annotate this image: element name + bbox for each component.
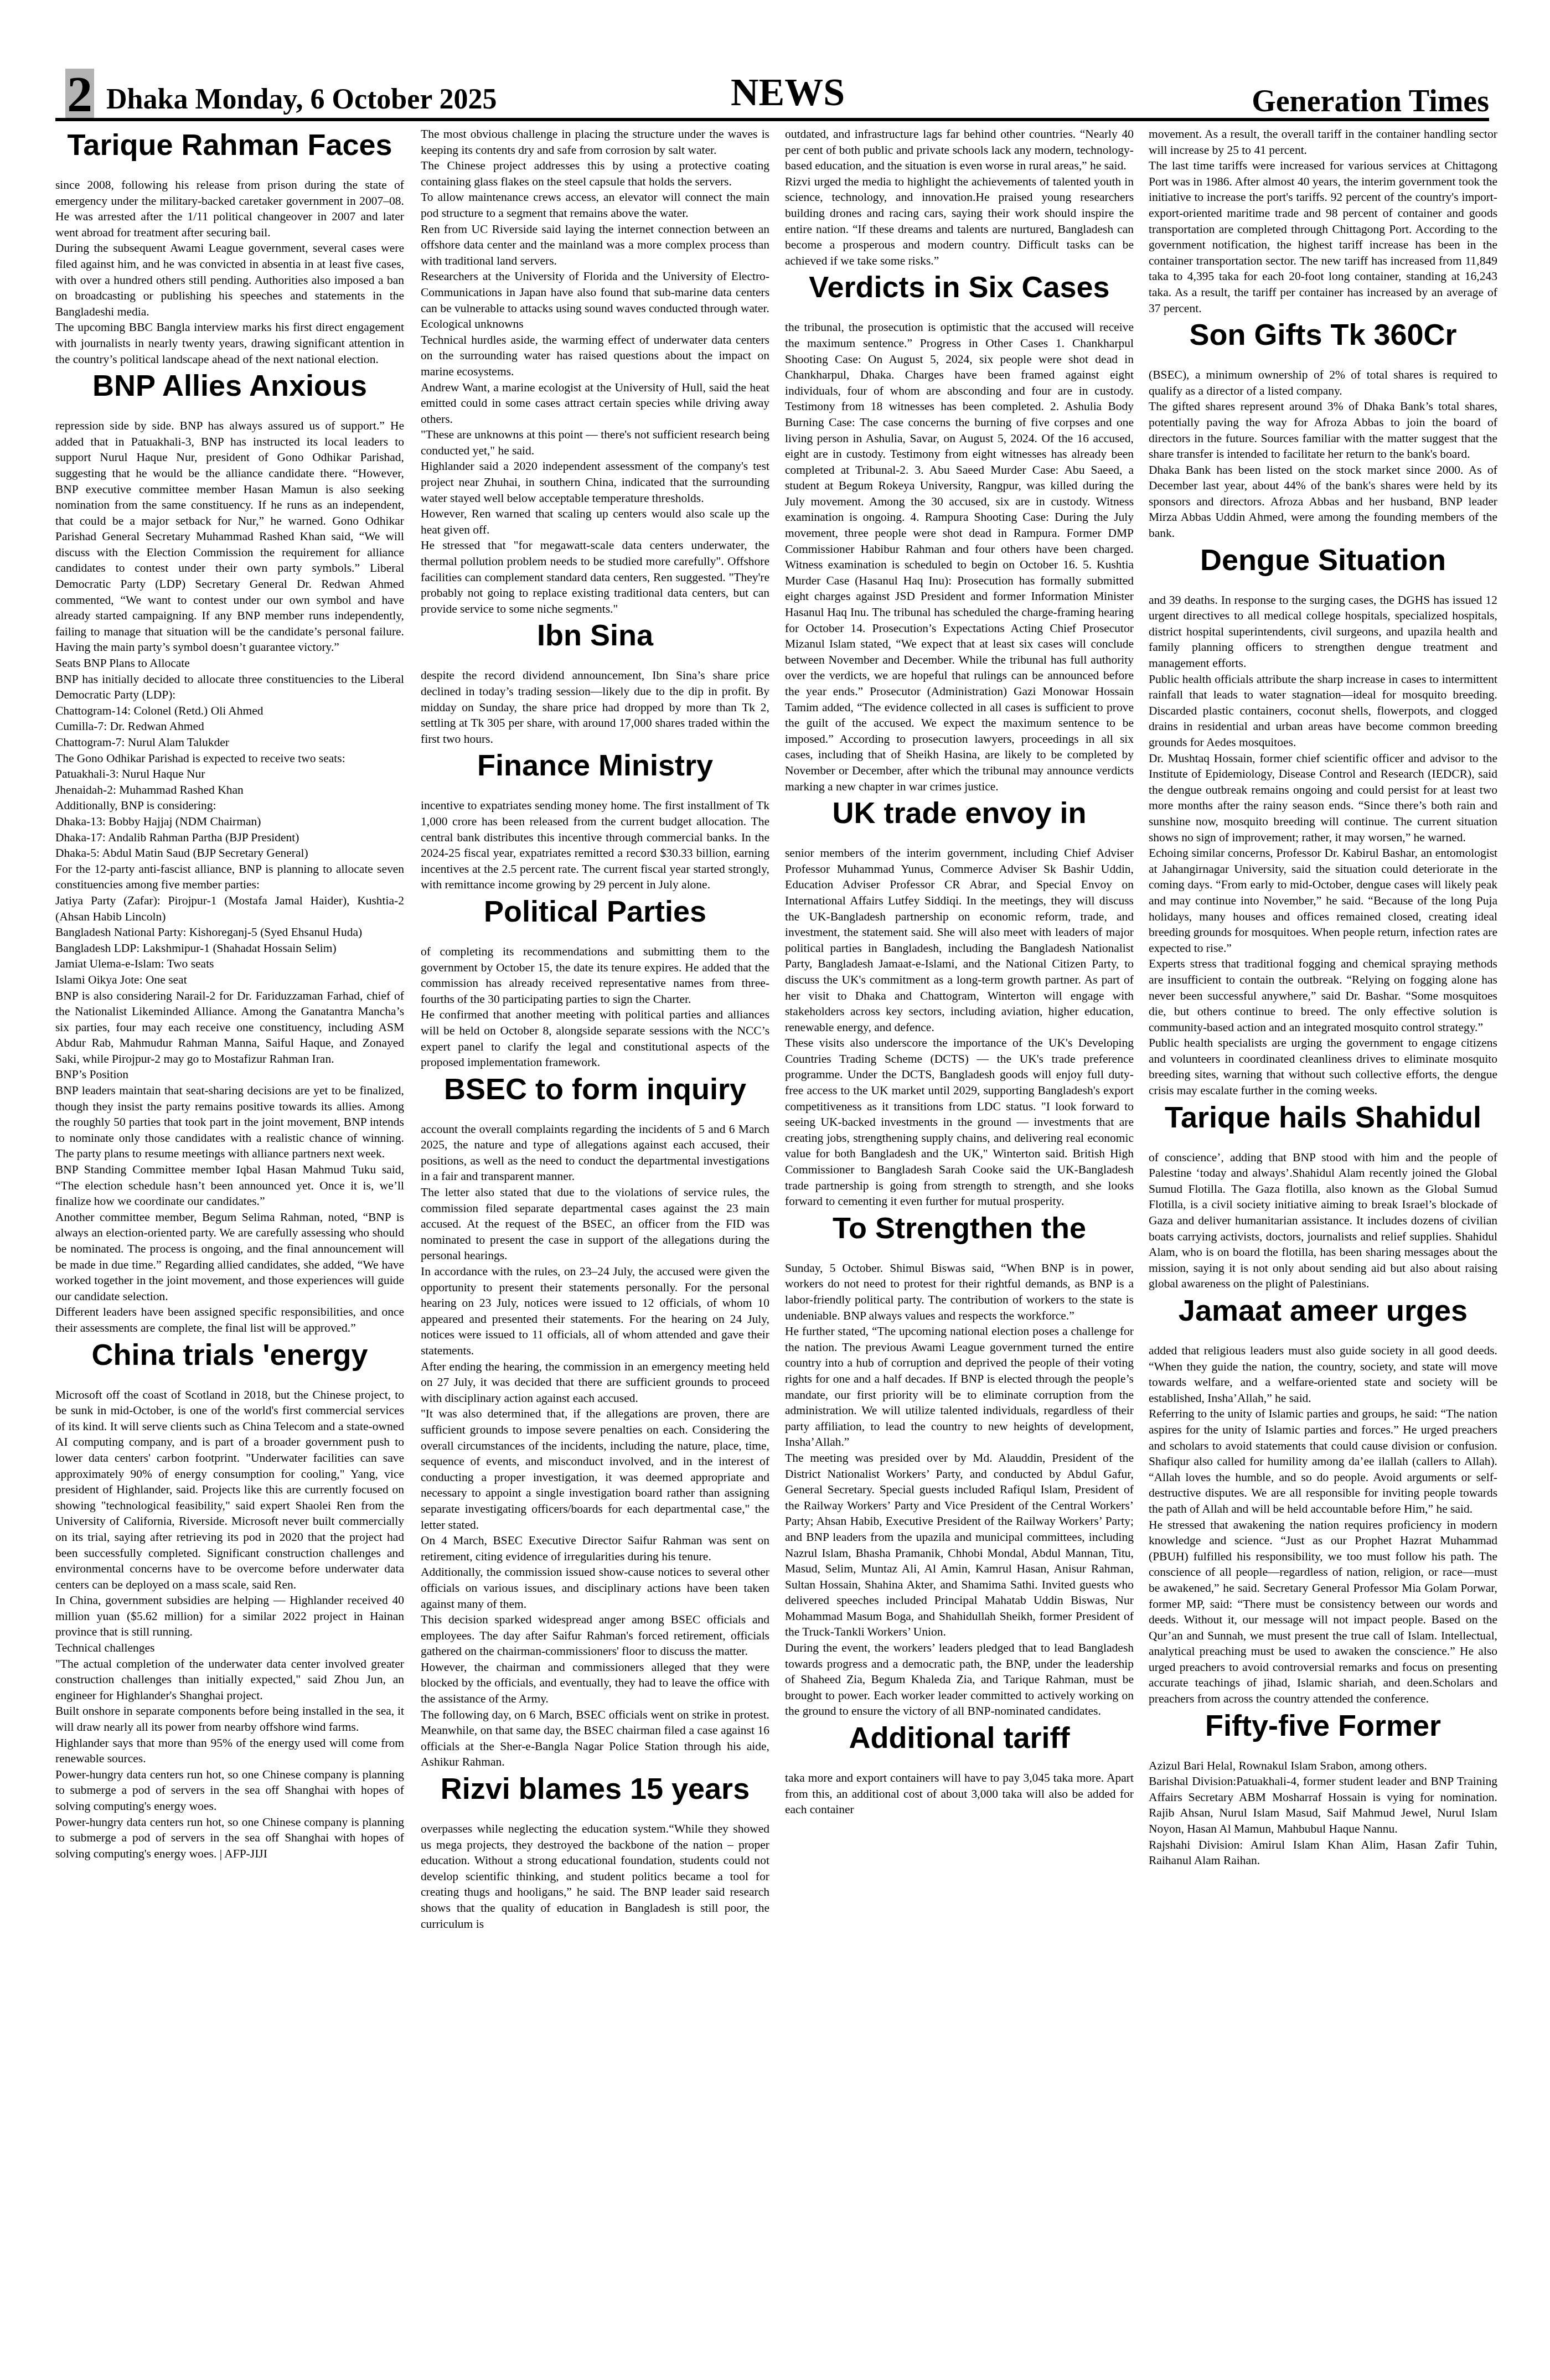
article-paragraph: BNP’s Position: [55, 1067, 404, 1083]
article-body: since 2008, following his release from p…: [55, 177, 404, 367]
article: Tarique hails Shahidulof conscience’, ad…: [1149, 1100, 1497, 1292]
article: Jamaat ameer urgesadded that religious l…: [1149, 1293, 1497, 1707]
article: Tarique Rahman Facessince 2008, followin…: [55, 127, 404, 367]
article-paragraph: outdated, and infrastructure lags far be…: [785, 126, 1134, 174]
article-headline: BNP Allies Anxious: [55, 368, 404, 403]
article-paragraph: Power-hungry data centers run hot, so on…: [55, 1814, 404, 1862]
article-paragraph: BNP is also considering Narail-2 for Dr.…: [55, 988, 404, 1067]
article-paragraph: Ecological unknowns: [421, 316, 769, 332]
article-paragraph: Public health officials attribute the sh…: [1149, 671, 1497, 751]
article-paragraph: incentive to expatriates sending money h…: [421, 798, 769, 893]
article-body: outdated, and infrastructure lags far be…: [785, 126, 1134, 268]
article-paragraph: This decision sparked widespread anger a…: [421, 1612, 769, 1659]
article-paragraph: Barishal Division:Patuakhali-4, former s…: [1149, 1773, 1497, 1836]
article-paragraph: Chattogram-7: Nurul Alam Talukder: [55, 734, 404, 751]
article-headline: Fifty-five Former: [1149, 1708, 1497, 1743]
article-paragraph: since 2008, following his release from p…: [55, 177, 404, 240]
article-paragraph: However, Ren warned that scaling up cent…: [421, 506, 769, 537]
article-paragraph: Jhenaidah-2: Muhammad Rashed Khan: [55, 782, 404, 798]
column-2: The most obvious challenge in placing th…: [421, 126, 769, 2362]
article: Political Partiesof completing its recom…: [421, 894, 769, 1070]
article-paragraph: Jatiya Party (Zafar): Pirojpur-1 (Mostaf…: [55, 893, 404, 924]
article-paragraph: Andrew Want, a marine ecologist at the U…: [421, 380, 769, 427]
article-paragraph: Highlander says that more than 95% of th…: [55, 1735, 404, 1767]
article-paragraph: The last time tariffs were increased for…: [1149, 158, 1497, 316]
dateline: Dhaka Monday, 6 October 2025: [106, 83, 497, 116]
article-paragraph: The meeting was presided over by Md. Ala…: [785, 1450, 1134, 1640]
article-paragraph: Patuakhali-3: Nurul Haque Nur: [55, 766, 404, 782]
article-body: repression side by side. BNP has always …: [55, 418, 404, 1336]
article-paragraph: To allow maintenance crews access, an el…: [421, 189, 769, 221]
article: Rizvi blames 15 yearsoverpasses while ne…: [421, 1771, 769, 1932]
article-paragraph: overpasses while neglecting the educatio…: [421, 1821, 769, 1932]
article-paragraph: During the subsequent Awami League gover…: [55, 240, 404, 319]
article-paragraph: Rizvi urged the media to highlight the a…: [785, 174, 1134, 269]
article-paragraph: In China, government subsidies are helpi…: [55, 1592, 404, 1640]
article-body: taka more and export containers will hav…: [785, 1770, 1134, 1818]
article-paragraph: and 39 deaths. In response to the surgin…: [1149, 592, 1497, 671]
article-paragraph: The following day, on 6 March, BSEC offi…: [421, 1707, 769, 1770]
article: Additional tarifftaka more and export co…: [785, 1720, 1134, 1818]
article-paragraph: of completing its recommendations and su…: [421, 944, 769, 1007]
article: Son Gifts Tk 360Cr(BSEC), a minimum owne…: [1149, 317, 1497, 541]
article-paragraph: He stressed that awakening the nation re…: [1149, 1517, 1497, 1707]
article-paragraph: Another committee member, Begum Selima R…: [55, 1209, 404, 1305]
article-body: account the overall complaints regarding…: [421, 1121, 769, 1770]
article: Fifty-five FormerAzizul Bari Helal, Rown…: [1149, 1708, 1497, 1869]
article-paragraph: Highlander said a 2020 independent asses…: [421, 458, 769, 506]
page-number-badge: 2: [65, 69, 94, 120]
article-paragraph: Additionally, the commission issued show…: [421, 1564, 769, 1612]
article-body: of completing its recommendations and su…: [421, 944, 769, 1070]
article-paragraph: Dhaka-17: Andalib Rahman Partha (BJP Pre…: [55, 830, 404, 846]
article-paragraph: Dhaka-5: Abdul Matin Saud (BJP Secretary…: [55, 845, 404, 861]
article-paragraph: However, the chairman and commissioners …: [421, 1659, 769, 1707]
masthead-divider: [55, 118, 1489, 121]
column-3: outdated, and infrastructure lags far be…: [785, 126, 1134, 2362]
article-paragraph: During the event, the workers’ leaders p…: [785, 1640, 1134, 1719]
article: movement. As a result, the overall tarif…: [1149, 126, 1497, 316]
article-paragraph: Bangladesh LDP: Lakshmipur-1 (Shahadat H…: [55, 940, 404, 956]
article-paragraph: Microsoft off the coast of Scotland in 2…: [55, 1387, 404, 1593]
article: China trials 'energyMicrosoft off the co…: [55, 1337, 404, 1862]
article-paragraph: Referring to the unity of Islamic partie…: [1149, 1406, 1497, 1517]
article-paragraph: Different leaders have been assigned spe…: [55, 1304, 404, 1336]
article-headline: Verdicts in Six Cases: [785, 270, 1134, 305]
article-paragraph: He stressed that "for megawatt-scale dat…: [421, 537, 769, 617]
article-body: the tribunal, the prosecution is optimis…: [785, 319, 1134, 794]
article-paragraph: The gifted shares represent around 3% of…: [1149, 399, 1497, 462]
article: BNP Allies Anxiousrepression side by sid…: [55, 368, 404, 1336]
article-paragraph: Experts stress that traditional fogging …: [1149, 956, 1497, 1035]
article-paragraph: Azizul Bari Helal, Rownakul Islam Srabon…: [1149, 1758, 1497, 1774]
article-headline: Tarique Rahman Faces: [55, 127, 404, 163]
article-paragraph: Technical hurdles aside, the warming eff…: [421, 332, 769, 380]
article-headline: Political Parties: [421, 894, 769, 929]
article-paragraph: Public health specialists are urging the…: [1149, 1035, 1497, 1098]
article: Verdicts in Six Casesthe tribunal, the p…: [785, 270, 1134, 794]
article: Dengue Situationand 39 deaths. In respon…: [1149, 542, 1497, 1099]
article-headline: Tarique hails Shahidul: [1149, 1100, 1497, 1135]
article-paragraph: taka more and export containers will hav…: [785, 1770, 1134, 1818]
article-body: Sunday, 5 October. Shimul Biswas said, “…: [785, 1260, 1134, 1719]
article-headline: BSEC to form inquiry: [421, 1072, 769, 1107]
article-paragraph: After ending the hearing, the commission…: [421, 1359, 769, 1406]
article: Ibn Sinadespite the record dividend anno…: [421, 618, 769, 747]
article-paragraph: Cumilla-7: Dr. Redwan Ahmed: [55, 718, 404, 734]
article: Finance Ministryincentive to expatriates…: [421, 748, 769, 893]
article-paragraph: He confirmed that another meeting with p…: [421, 1007, 769, 1070]
masthead: 2 Dhaka Monday, 6 October 2025 NEWS Gene…: [55, 66, 1489, 120]
article-paragraph: Researchers at the University of Florida…: [421, 268, 769, 316]
article-paragraph: Dr. Mushtaq Hossain, former chief scient…: [1149, 751, 1497, 846]
article-body: movement. As a result, the overall tarif…: [1149, 126, 1497, 316]
article-paragraph: Chattogram-14: Colonel (Retd.) Oli Ahmed: [55, 703, 404, 719]
article-paragraph: The letter also stated that due to the v…: [421, 1184, 769, 1264]
article-paragraph: senior members of the interim government…: [785, 845, 1134, 1035]
article-paragraph: Sunday, 5 October. Shimul Biswas said, “…: [785, 1260, 1134, 1323]
article: To Strengthen theSunday, 5 October. Shim…: [785, 1210, 1134, 1719]
article-headline: China trials 'energy: [55, 1337, 404, 1373]
article-paragraph: BNP has initially decided to allocate th…: [55, 671, 404, 703]
article-paragraph: account the overall complaints regarding…: [421, 1121, 769, 1184]
article-body: added that religious leaders must also g…: [1149, 1343, 1497, 1707]
article-paragraph: The Gono Odhikar Parishad is expected to…: [55, 751, 404, 767]
article-paragraph: Rajshahi Division: Amirul Islam Khan Ali…: [1149, 1837, 1497, 1869]
article-headline: Dengue Situation: [1149, 542, 1497, 578]
article-body: overpasses while neglecting the educatio…: [421, 1821, 769, 1932]
article-paragraph: Technical challenges: [55, 1640, 404, 1656]
article-paragraph: Built onshore in separate components bef…: [55, 1703, 404, 1735]
article-paragraph: Echoing similar concerns, Professor Dr. …: [1149, 845, 1497, 956]
article-body: and 39 deaths. In response to the surgin…: [1149, 592, 1497, 1099]
article-headline: Jamaat ameer urges: [1149, 1293, 1497, 1328]
article-body: Microsoft off the coast of Scotland in 2…: [55, 1387, 404, 1862]
article-paragraph: Jamiat Ulema-e-Islam: Two seats: [55, 956, 404, 972]
article-body: (BSEC), a minimum ownership of 2% of tot…: [1149, 367, 1497, 541]
article-paragraph: (BSEC), a minimum ownership of 2% of tot…: [1149, 367, 1497, 399]
article-paragraph: despite the record dividend announcement…: [421, 668, 769, 747]
article-paragraph: BNP leaders maintain that seat-sharing d…: [55, 1083, 404, 1162]
article-paragraph: BNP Standing Committee member Iqbal Hasa…: [55, 1162, 404, 1209]
article-paragraph: "The actual completion of the underwater…: [55, 1656, 404, 1704]
newspaper-name: Generation Times: [1252, 83, 1489, 120]
article-paragraph: On 4 March, BSEC Executive Director Saif…: [421, 1533, 769, 1564]
column-4: movement. As a result, the overall tarif…: [1149, 126, 1497, 2362]
article-body: incentive to expatriates sending money h…: [421, 798, 769, 893]
article-headline: UK trade envoy in: [785, 795, 1134, 831]
article-body: The most obvious challenge in placing th…: [421, 126, 769, 617]
article-paragraph: "It was also determined that, if the all…: [421, 1406, 769, 1533]
article-paragraph: Additionally, BNP is considering:: [55, 798, 404, 814]
article-headline: Additional tariff: [785, 1720, 1134, 1756]
article-paragraph: The most obvious challenge in placing th…: [421, 126, 769, 158]
article-paragraph: movement. As a result, the overall tarif…: [1149, 126, 1497, 158]
article-headline: Ibn Sina: [421, 618, 769, 653]
article-paragraph: the tribunal, the prosecution is optimis…: [785, 319, 1134, 794]
article-paragraph: Ren from UC Riverside said laying the in…: [421, 221, 769, 269]
article-headline: Finance Ministry: [421, 748, 769, 783]
column-1: Tarique Rahman Facessince 2008, followin…: [55, 126, 404, 2362]
article-paragraph: Islami Oikya Jote: One seat: [55, 972, 404, 988]
article: outdated, and infrastructure lags far be…: [785, 126, 1134, 268]
article-paragraph: Bangladesh National Party: Kishoreganj-5…: [55, 924, 404, 940]
section-title: NEWS: [731, 71, 845, 115]
article-body: senior members of the interim government…: [785, 845, 1134, 1209]
article-paragraph: "These are unknowns at this point — ther…: [421, 427, 769, 458]
article-headline: Rizvi blames 15 years: [421, 1771, 769, 1807]
article-paragraph: These visits also underscore the importa…: [785, 1035, 1134, 1209]
article-paragraph: of conscience’, adding that BNP stood wi…: [1149, 1150, 1497, 1292]
article-body: of conscience’, adding that BNP stood wi…: [1149, 1150, 1497, 1292]
article-body: despite the record dividend announcement…: [421, 668, 769, 747]
article-paragraph: The upcoming BBC Bangla interview marks …: [55, 319, 404, 367]
article-paragraph: Seats BNP Plans to Allocate: [55, 655, 404, 671]
article-paragraph: Dhaka-13: Bobby Hajjaj (NDM Chairman): [55, 814, 404, 830]
article-body: Azizul Bari Helal, Rownakul Islam Srabon…: [1149, 1758, 1497, 1869]
article: The most obvious challenge in placing th…: [421, 126, 769, 617]
article-paragraph: In accordance with the rules, on 23–24 J…: [421, 1264, 769, 1359]
article-paragraph: repression side by side. BNP has always …: [55, 418, 404, 655]
article-paragraph: added that religious leaders must also g…: [1149, 1343, 1497, 1406]
article-paragraph: He further stated, “The upcoming nationa…: [785, 1323, 1134, 1450]
article-paragraph: For the 12-party anti-fascist alliance, …: [55, 861, 404, 893]
article: BSEC to form inquiryaccount the overall …: [421, 1072, 769, 1770]
article-paragraph: Power-hungry data centers run hot, so on…: [55, 1767, 404, 1814]
article-headline: To Strengthen the: [785, 1210, 1134, 1246]
article-paragraph: The Chinese project addresses this by us…: [421, 158, 769, 189]
article: UK trade envoy insenior members of the i…: [785, 795, 1134, 1209]
article-headline: Son Gifts Tk 360Cr: [1149, 317, 1497, 353]
article-paragraph: Dhaka Bank has been listed on the stock …: [1149, 462, 1497, 541]
